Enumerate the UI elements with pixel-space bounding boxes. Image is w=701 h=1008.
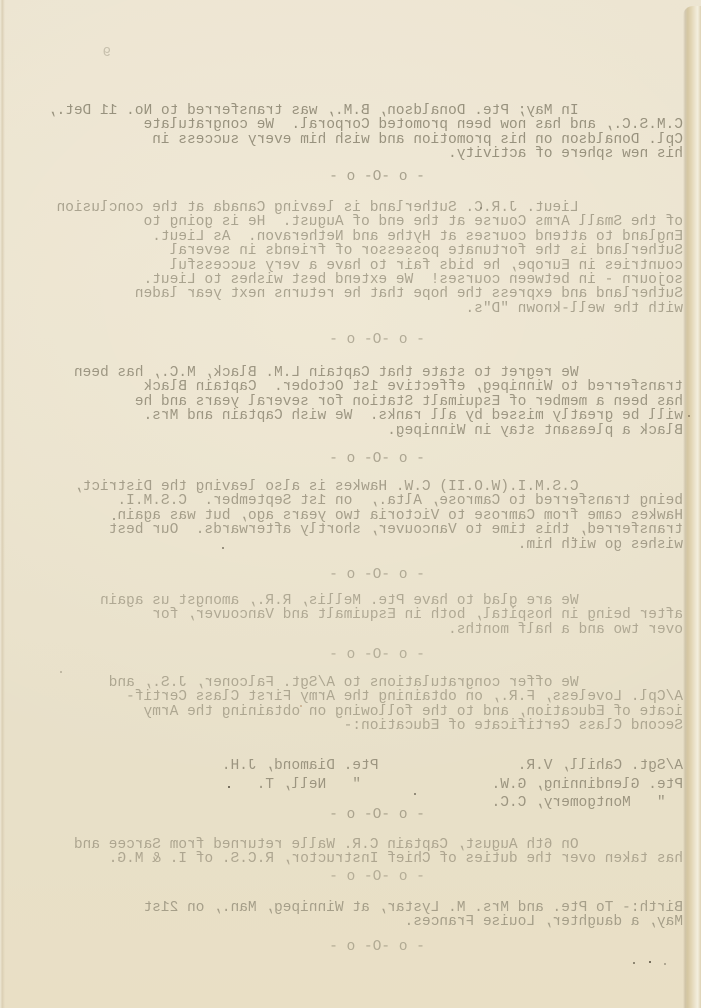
paragraph: C.S.M.I.(W.O.II) C.W. Hawkes is also lea… [71,480,683,552]
page-edge-right-stacked-pages [683,6,701,1008]
paragraph: We offer congratulations to A/Sgt. Falco… [71,676,683,734]
section-separator: - o -O- o - [71,333,683,347]
section-separator: - o -O- o - [71,170,683,184]
page-text-layer: 9 In May; Pte. Donaldson, B.M., was tran… [71,0,683,1008]
section-separator: - o -O- o - [71,940,683,954]
paragraph: We regret to state that Captain L.M. Bla… [71,366,683,438]
paragraph: In May; Pte. Donaldson, B.M., was transf… [71,104,683,162]
paragraph: We are glad to have Pte. Mellis, R.R., a… [71,594,683,637]
section-separator: - o -O- o - [71,648,683,662]
section-separator: - o -O- o - [71,870,683,884]
section-separator: - o -O- o - [71,808,683,822]
section-separator: - o -O- o - [71,452,683,466]
paragraph: On 6th August, Captain C.R. Walle return… [71,838,683,867]
section-separator: - o -O- o - [71,568,683,582]
paragraph: Birth:- To Pte. and Mrs. M. Lystar, at W… [71,901,683,930]
paragraph: Lieut. J.R.C. Sutherland is leaving Cana… [71,201,683,316]
page-edge-left [0,0,5,1008]
names-table: A/Sgt. Cahill, V.R. Pte. Diamond, J.H. P… [71,757,683,813]
scanned-document: { "document": { "description": "Typewrit… [0,0,701,1008]
ink-speckles [0,0,2,2]
page-number: 9 [103,45,111,61]
